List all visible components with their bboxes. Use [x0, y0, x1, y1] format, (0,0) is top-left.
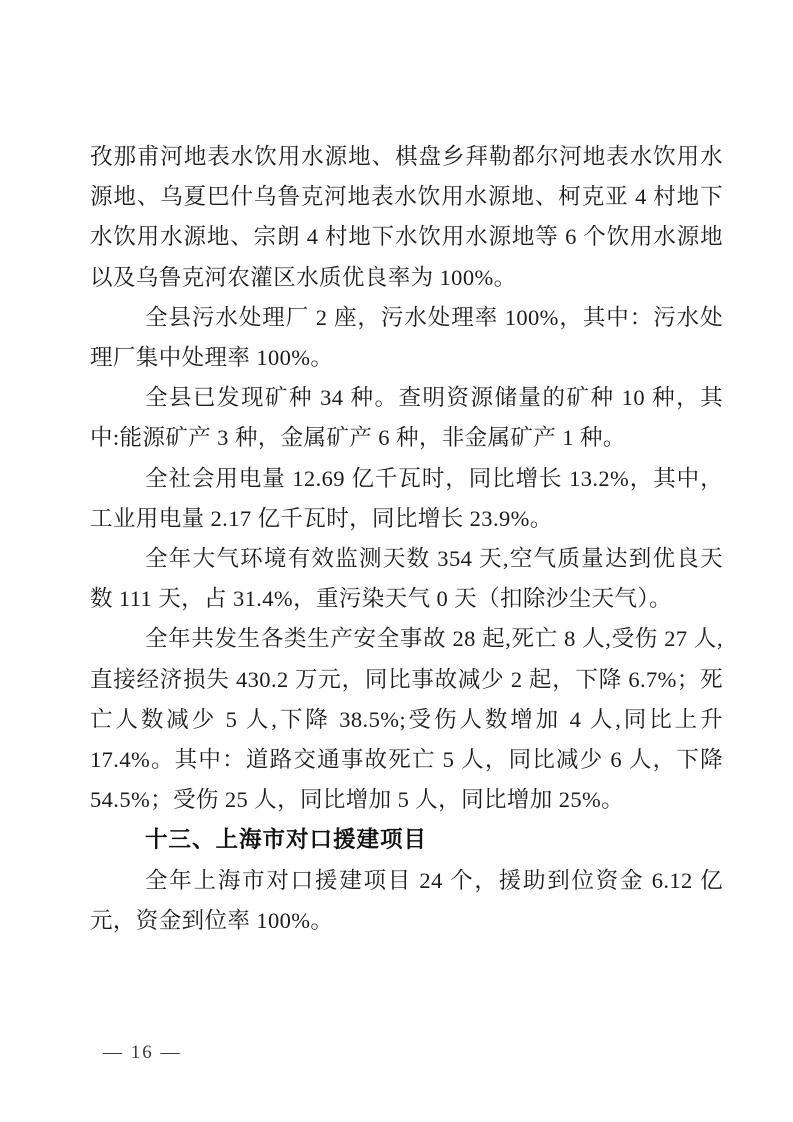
- paragraph-shanghai-aid-projects: 全年上海市对口援建项目 24 个，援助到位资金 6.12 亿元，资金到位率 10…: [90, 861, 723, 941]
- paragraph-electricity-consumption: 全社会用电量 12.69 亿千瓦时，同比增长 13.2%，其中，工业用电量 2.…: [90, 459, 723, 539]
- paragraph-minerals: 全县已发现矿种 34 种。查明资源储量的矿种 10 种，其中:能源矿产 3 种，…: [90, 378, 723, 458]
- document-page: 孜那甫河地表水饮用水源地、棋盘乡拜勒都尔河地表水饮用水源地、乌夏巴什乌鲁克河地表…: [0, 0, 793, 1122]
- paragraph-sewage-treatment: 全县污水处理厂 2 座，污水处理率 100%，其中：污水处理厂集中处理率 100…: [90, 298, 723, 378]
- paragraph-air-quality: 全年大气环境有效监测天数 354 天,空气质量达到优良天数 111 天，占 31…: [90, 539, 723, 619]
- paragraph-safety-accidents: 全年共发生各类生产安全事故 28 起,死亡 8 人,受伤 27 人,直接经济损失…: [90, 619, 723, 820]
- page-number: — 16 —: [103, 1042, 182, 1064]
- text-block: 孜那甫河地表水饮用水源地、棋盘乡拜勒都尔河地表水饮用水源地、乌夏巴什乌鲁克河地表…: [90, 137, 723, 941]
- paragraph-water-sources: 孜那甫河地表水饮用水源地、棋盘乡拜勒都尔河地表水饮用水源地、乌夏巴什乌鲁克河地表…: [90, 137, 723, 298]
- section-heading-shanghai-aid: 十三、上海市对口援建项目: [90, 820, 723, 860]
